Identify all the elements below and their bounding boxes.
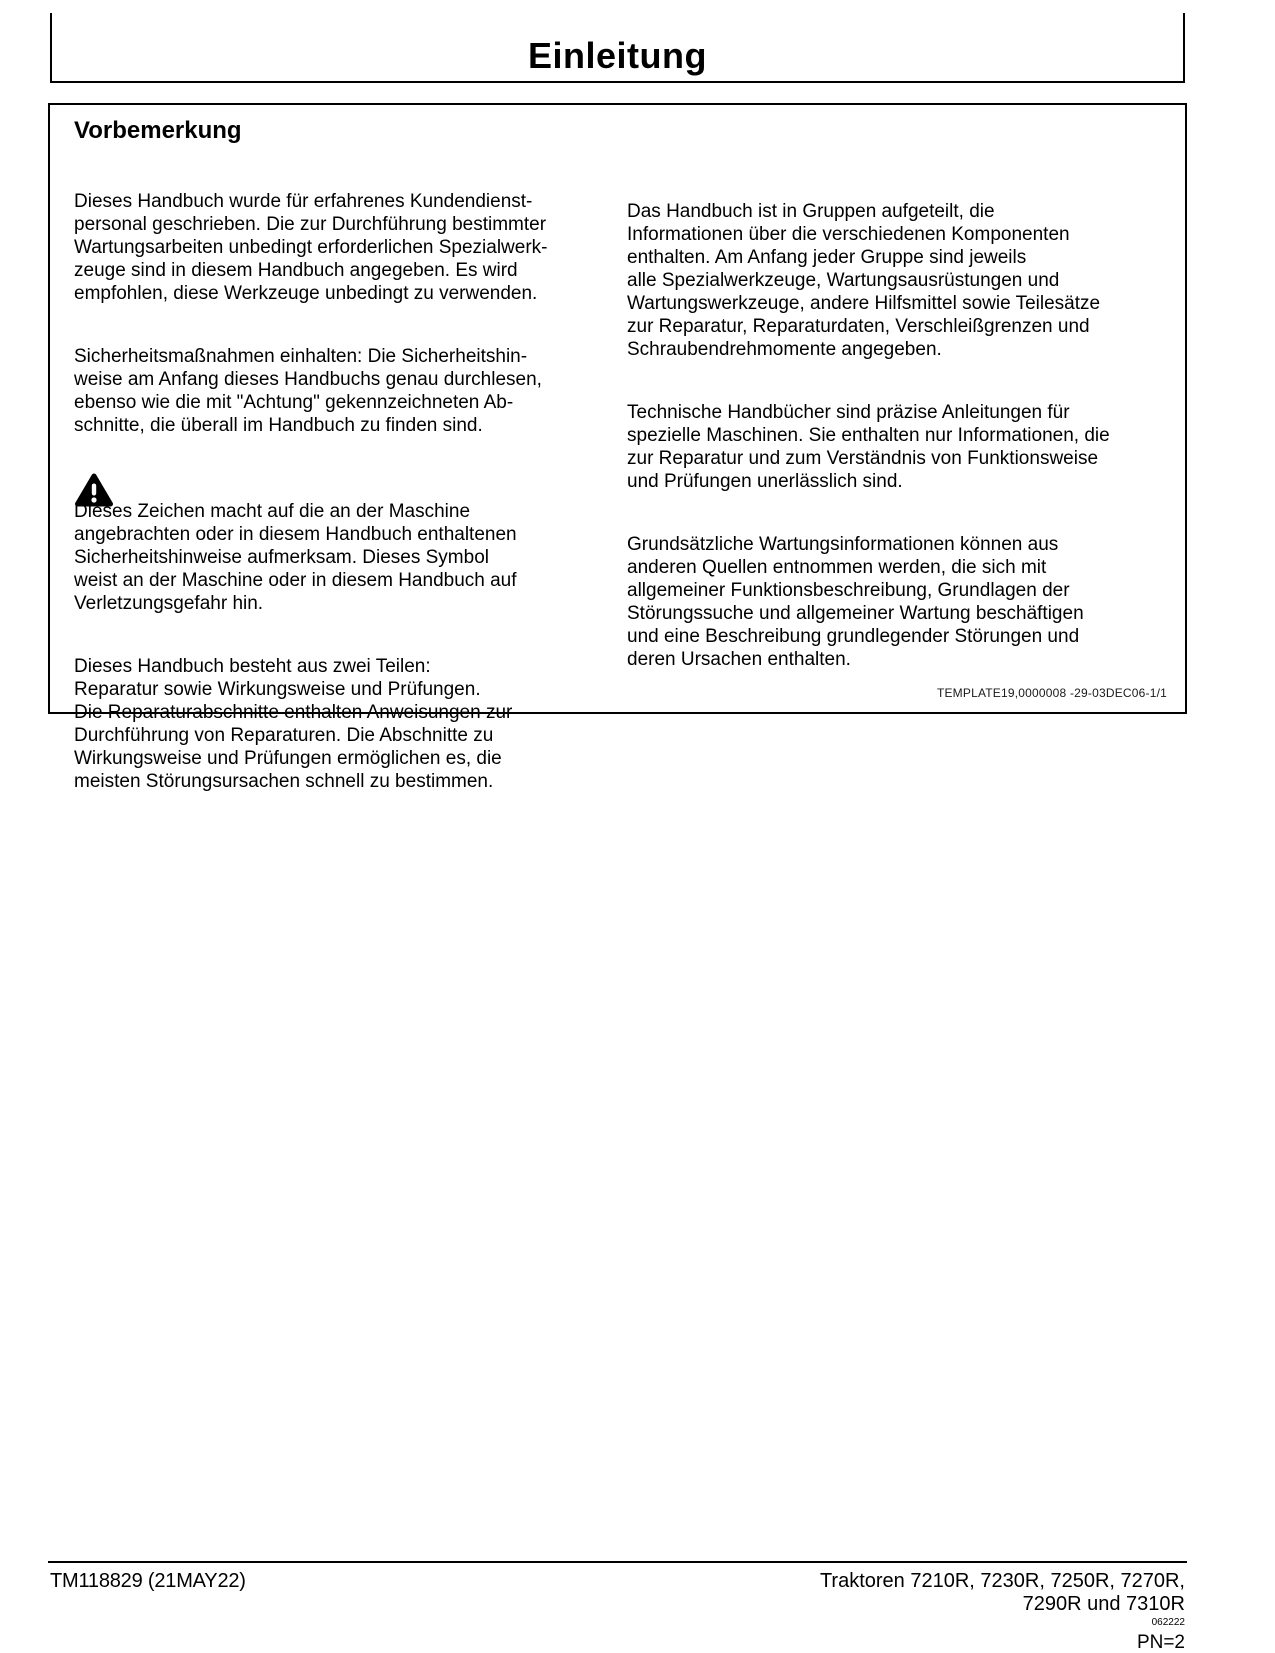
paragraph-manual-audience: Dieses Handbuch wurde für erfahrenes Kun… [74, 167, 579, 305]
paragraph-basic-maintenance-info: Grundsätzliche Wartungsinformationen kön… [627, 510, 1157, 671]
manual-page: { "header": { "title": "Einleitung" }, "… [0, 0, 1275, 1650]
paragraph-manual-parts: Dieses Handbuch besteht aus zwei Teilen:… [74, 632, 579, 793]
header-title-box: Einleitung [50, 13, 1185, 83]
paragraph-technical-manuals: Technische Handbücher sind präzise Anlei… [627, 378, 1157, 493]
manual-id: TM118829 (21MAY22) [50, 1570, 246, 1593]
paragraph-safety-measures: Sicherheitsmaßnahmen einhalten: Die Sich… [74, 322, 579, 437]
section-heading: Vorbemerkung [74, 117, 1161, 145]
tractor-models-line2: 7290R und 7310R [820, 1593, 1185, 1616]
left-column: Dieses Handbuch wurde für erfahrenes Kun… [74, 167, 579, 810]
template-reference: TEMPLATE19,0000008 -29-03DEC06-1/1 [937, 686, 1167, 700]
revision-code: 062222 [820, 1617, 1185, 1629]
right-column: Das Handbuch ist in Gruppen aufgeteilt, … [627, 177, 1157, 810]
footer-divider [48, 1561, 1187, 1563]
paragraph-groups: Das Handbuch ist in Gruppen aufgeteilt, … [627, 177, 1157, 361]
page-title: Einleitung [528, 35, 707, 77]
vorbemerkung-section-box: Vorbemerkung Dieses Handbuch wurde für e… [48, 103, 1187, 714]
tractor-models-line1: Traktoren 7210R, 7230R, 7250R, 7270R, [820, 1570, 1185, 1593]
footer-right-block: Traktoren 7210R, 7230R, 7250R, 7270R, 72… [820, 1570, 1185, 1653]
paragraph-safety-symbol: Dieses Zeichen macht auf die an der Masc… [74, 454, 579, 615]
warning-triangle-icon [74, 450, 114, 486]
two-column-text: Dieses Handbuch wurde für erfahrenes Kun… [74, 167, 1161, 810]
